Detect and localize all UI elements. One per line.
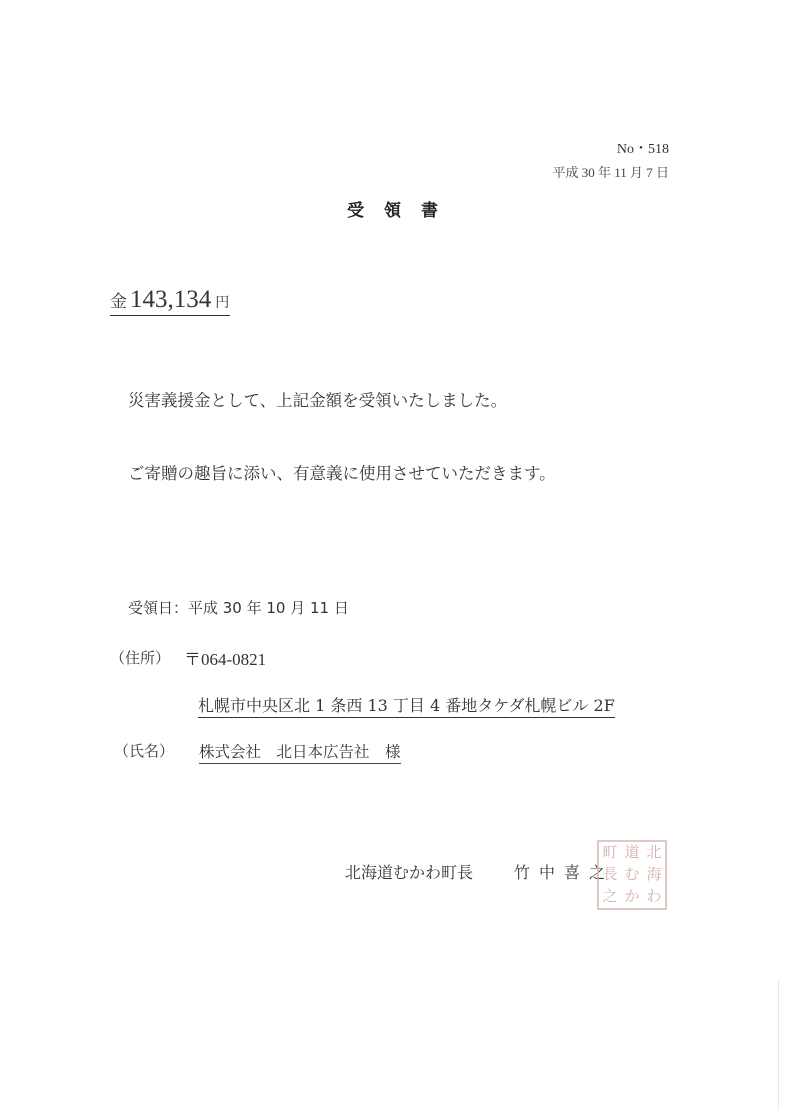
street-address: 札幌市中央区北 1 条西 13 丁目 4 番地タケダ札幌ビル 2F <box>198 693 615 718</box>
body-paragraph-1: 災害義援金として、上記金額を受領いたしました。 <box>128 387 507 411</box>
amount-value: 143,134 <box>130 286 211 313</box>
address-label: （住所） <box>110 647 170 668</box>
seal-char: 海 <box>643 864 665 886</box>
postal-code: 〒064-0821 <box>184 645 266 670</box>
amount-prefix: 金 <box>110 292 127 312</box>
seal-char: 北 <box>643 842 665 864</box>
official-seal-stamp: 町 道 北 長 む 海 之 か わ <box>597 840 667 910</box>
seal-char: む <box>621 864 643 886</box>
signer-title: 北海道むかわ町長 <box>345 860 473 883</box>
issue-date: 平成 30 年 11 月 7 日 <box>552 162 669 181</box>
receipt-date: 受領日：平成 30 年 10 月 11 日 <box>128 597 349 618</box>
name-label: （氏名） <box>114 740 174 761</box>
document-title: 受領書 <box>347 196 458 221</box>
seal-char: 道 <box>621 842 643 864</box>
recipient-name: 株式会社 北日本広告社 様 <box>199 740 401 764</box>
seal-char: か <box>621 886 643 908</box>
body-paragraph-2: ご寄贈の趣旨に添い、有意義に使用させていただきます。 <box>128 460 556 484</box>
seal-char: わ <box>643 886 665 908</box>
seal-char: 長 <box>599 864 621 886</box>
seal-char: 町 <box>599 842 621 864</box>
amount-suffix: 円 <box>215 295 229 311</box>
scan-edge-line <box>778 980 779 1110</box>
seal-char: 之 <box>599 886 621 908</box>
amount: 金143,134円 <box>110 286 230 316</box>
document-number: No・518 <box>617 138 669 158</box>
